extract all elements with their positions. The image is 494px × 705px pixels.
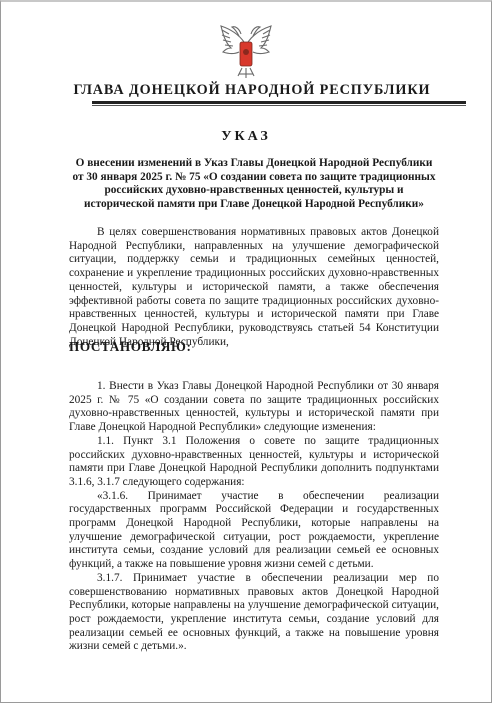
item-3-1-7: 3.1.7. Принимает участие в обеспечении р… (69, 572, 439, 654)
header-rule-thin (92, 105, 466, 106)
preamble: В целях совершенствования нормативных пр… (69, 226, 439, 349)
document-subject: О внесении изменений в Указ Главы Донецк… (69, 157, 439, 211)
preamble-paragraph: В целях совершенствования нормативных пр… (69, 226, 439, 349)
item-3-1-6: «3.1.6. Принимает участие в обеспечении … (69, 490, 439, 572)
document-type: УКАЗ (1, 129, 491, 145)
coat-of-arms-icon (217, 20, 275, 82)
issuer-title: ГЛАВА ДОНЕЦКОЙ НАРОДНОЙ РЕСПУБЛИКИ (1, 82, 491, 99)
header-rule (92, 101, 466, 104)
item-1: 1. Внести в Указ Главы Донецкой Народной… (69, 380, 439, 435)
item-1-1: 1.1. Пункт 3.1 Положения о совете по защ… (69, 435, 439, 490)
document-page: ГЛАВА ДОНЕЦКОЙ НАРОДНОЙ РЕСПУБЛИКИ УКАЗ … (0, 0, 492, 703)
decree-heading: ПОСТАНОВЛЯЮ: (69, 339, 191, 355)
decree-items: 1. Внести в Указ Главы Донецкой Народной… (69, 380, 439, 654)
